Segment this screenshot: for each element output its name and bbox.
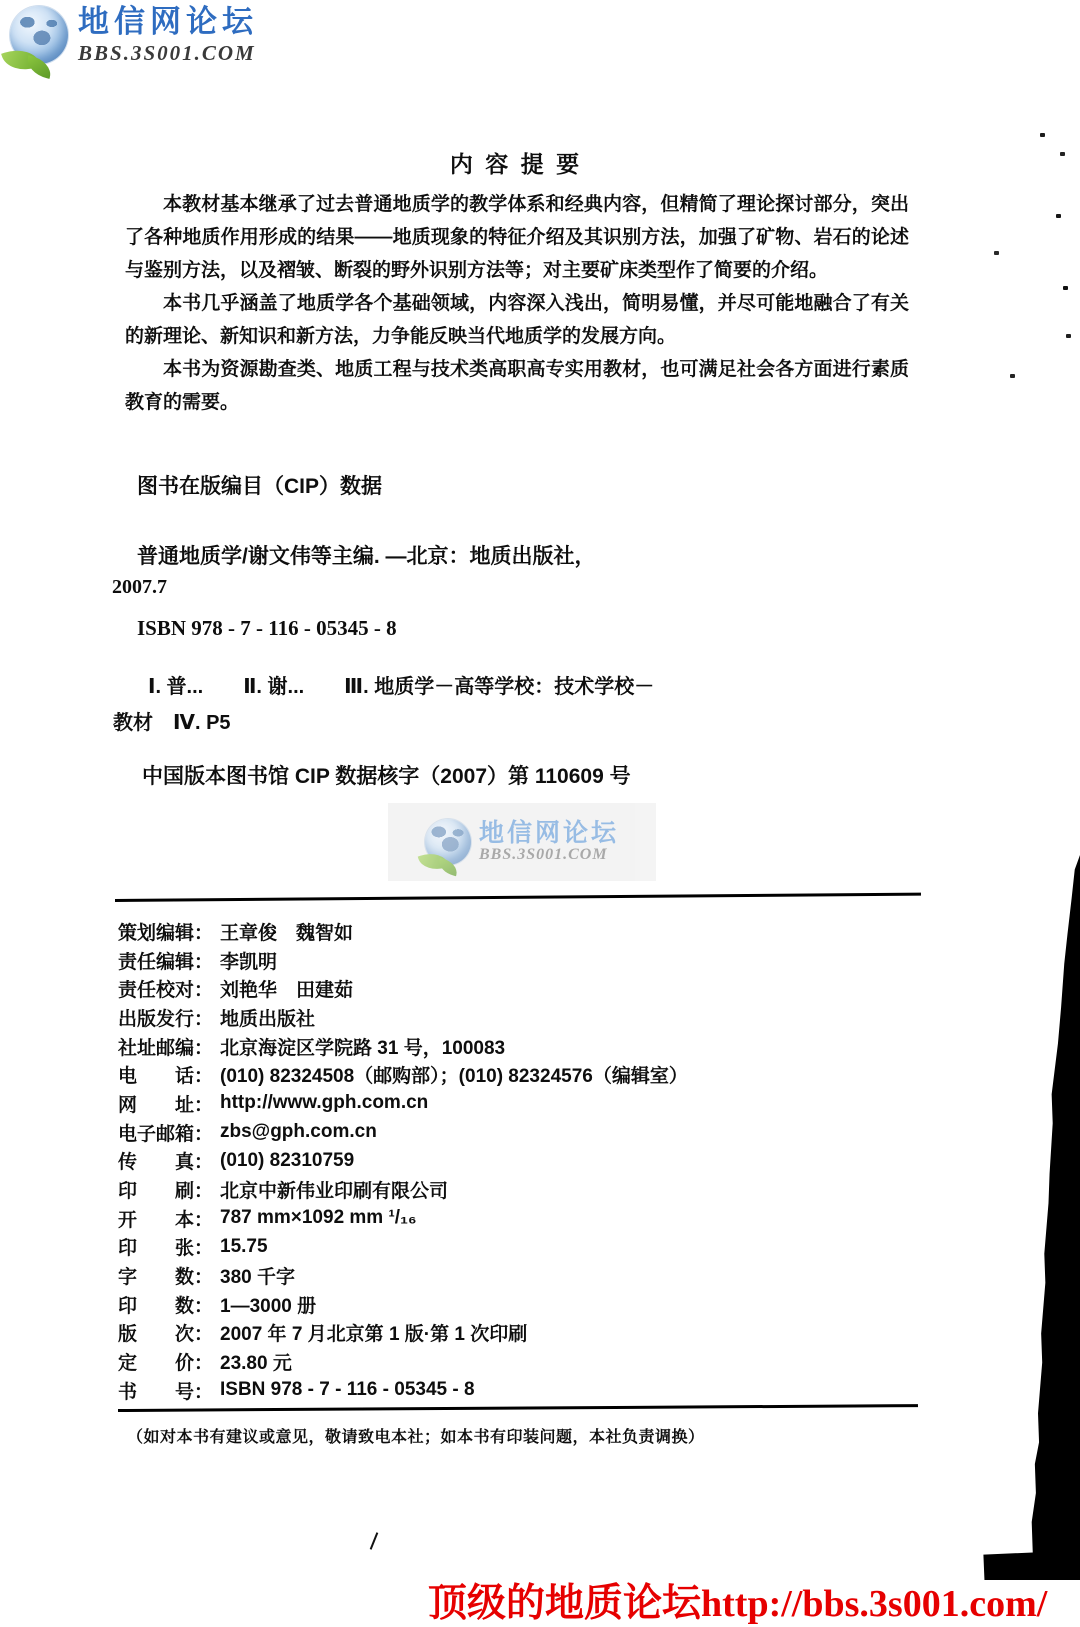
- watermark-logo: 地信网论坛 BBS.3S001.COM: [388, 803, 656, 881]
- cip-year-line: 2007.7: [112, 576, 167, 599]
- scan-artifact-band: [975, 855, 1080, 1580]
- colophon-row: 网 址：http://www.gph.com.cn: [118, 1089, 688, 1118]
- cip-classification-line1: Ⅰ. 普... Ⅱ. 谢... Ⅲ. 地质学－高等学校：技术学校－: [148, 670, 654, 699]
- colophon-label: 网 址：: [118, 1090, 220, 1117]
- watermark-title: 地信网论坛: [479, 820, 619, 846]
- colophon-label: 定 价：: [118, 1348, 220, 1375]
- globe-icon: [425, 819, 471, 865]
- colophon-value: 王章俊 魏智如: [220, 918, 353, 945]
- colophon-row: 字 数：380 千字: [118, 1261, 688, 1290]
- colophon-label: 开 本：: [118, 1205, 220, 1232]
- colophon-value: 2007 年 7 月北京第 1 版·第 1 次印刷: [220, 1319, 527, 1346]
- watermark-subtitle: BBS.3S001.COM: [479, 846, 619, 864]
- colophon-label: 电 话：: [118, 1061, 220, 1088]
- colophon-label: 印 刷：: [118, 1176, 220, 1203]
- summary-paragraph: 本教材基本继承了过去普通地质学的教学体系和经典内容，但精简了理论探讨部分，突出了…: [125, 188, 909, 287]
- colophon-row: 印 数：1—3000 册: [118, 1290, 688, 1319]
- colophon-row: 责任校对：刘艳华 田建茹: [118, 974, 688, 1003]
- colophon-value: 787 mm×1092 mm ¹/₁₆: [220, 1207, 417, 1229]
- colophon-row: 责任编辑：李凯明: [118, 946, 688, 975]
- colophon-label: 社址邮编：: [118, 1033, 220, 1060]
- logo-title: 地信网论坛: [78, 6, 258, 39]
- colophon-value: 北京海淀区学院路 31 号，100083: [220, 1033, 505, 1060]
- logo-subtitle: BBS.3S001.COM: [78, 41, 258, 66]
- colophon-value: zbs@gph.com.cn: [220, 1121, 377, 1143]
- colophon-row: 社址邮编：北京海淀区学院路 31 号，100083: [118, 1032, 688, 1061]
- divider-top: [115, 893, 921, 902]
- colophon-value: 1—3000 册: [220, 1291, 316, 1318]
- content-summary-body: 本教材基本继承了过去普通地质学的教学体系和经典内容，但精简了理论探讨部分，突出了…: [125, 188, 909, 419]
- colophon-value: 23.80 元: [220, 1348, 292, 1375]
- colophon-row: 开 本：787 mm×1092 mm ¹/₁₆: [118, 1204, 688, 1233]
- cip-isbn-line: ISBN 978 - 7 - 116 - 05345 - 8: [137, 616, 397, 641]
- footer-text: 顶级的地质论坛: [428, 1582, 701, 1625]
- colophon-value: 15.75: [220, 1236, 268, 1258]
- watermark-text: 地信网论坛 BBS.3S001.COM: [479, 820, 619, 864]
- colophon-label: 版 次：: [118, 1319, 220, 1346]
- scan-noise: [1040, 133, 1045, 137]
- colophon-value: http://www.gph.com.cn: [220, 1092, 428, 1114]
- colophon-label: 字 数：: [118, 1262, 220, 1289]
- colophon-row: 传 真：(010) 82310759: [118, 1147, 688, 1176]
- colophon-label: 策划编辑：: [118, 918, 220, 945]
- colophon-row: 定 价：23.80 元: [118, 1347, 688, 1376]
- cip-heading: 图书在版编目（CIP）数据: [137, 470, 382, 500]
- colophon-row: 电 话：(010) 82324508（邮购部）；(010) 82324576（编…: [118, 1060, 688, 1089]
- cip-record-number: 中国版本图书馆 CIP 数据核字（2007）第 110609 号: [142, 760, 631, 790]
- globe-icon: [10, 6, 68, 64]
- logo-text: 地信网论坛 BBS.3S001.COM: [78, 6, 258, 66]
- colophon-value: 380 千字: [220, 1262, 295, 1289]
- colophon-label: 电子邮箱：: [118, 1119, 220, 1146]
- site-logo: 地信网论坛 BBS.3S001.COM: [10, 6, 258, 66]
- summary-paragraph: 本书为资源勘查类、地质工程与技术类高职高专实用教材，也可满足社会各方面进行素质教…: [125, 353, 909, 419]
- summary-paragraph: 本书几乎涵盖了地质学各个基础领域，内容深入浅出，简明易懂，并尽可能地融合了有关的…: [125, 287, 909, 353]
- colophon-value: 北京中新伟业印刷有限公司: [220, 1176, 448, 1203]
- colophon-value: 刘艳华 田建茹: [220, 975, 353, 1002]
- colophon-label: 印 张：: [118, 1233, 220, 1260]
- colophon-row: 电子邮箱：zbs@gph.com.cn: [118, 1118, 688, 1147]
- leaf-icon: [437, 858, 460, 876]
- colophon-label: 印 数：: [118, 1291, 220, 1318]
- colophon-value: 李凯明: [220, 947, 277, 974]
- colophon-value: (010) 82310759: [220, 1150, 354, 1172]
- colophon-row: 版 次：2007 年 7 月北京第 1 版·第 1 次印刷: [118, 1319, 688, 1348]
- publisher-note: （如对本书有建议或意见，敬请致电本社；如本书有印装问题，本社负责调换）: [127, 1424, 705, 1447]
- colophon-label: 责任校对：: [118, 975, 220, 1002]
- colophon-row: 策划编辑：王章俊 魏智如: [118, 917, 688, 946]
- footer-url: http://bbs.3s001.com/: [701, 1583, 1047, 1625]
- scan-noise: [370, 1532, 379, 1549]
- colophon-row: 书 号：ISBN 978 - 7 - 116 - 05345 - 8: [118, 1376, 688, 1405]
- colophon-label: 责任编辑：: [118, 947, 220, 974]
- colophon-label: 书 号：: [118, 1377, 220, 1404]
- divider-bottom: [118, 1404, 918, 1412]
- footer-forum-banner: 顶级的地质论坛http://bbs.3s001.com/: [428, 1572, 1047, 1627]
- colophon-value: 地质出版社: [220, 1004, 315, 1031]
- colophon-row: 印 张：15.75: [118, 1233, 688, 1262]
- colophon-list: 策划编辑：王章俊 魏智如 责任编辑：李凯明 责任校对：刘艳华 田建茹 出版发行：…: [118, 917, 688, 1405]
- content-summary-heading: 内 容 提 要: [125, 146, 907, 179]
- colophon-label: 传 真：: [118, 1147, 220, 1174]
- colophon-value: (010) 82324508（邮购部）；(010) 82324576（编辑室）: [220, 1061, 688, 1088]
- colophon-value: ISBN 978 - 7 - 116 - 05345 - 8: [220, 1379, 475, 1401]
- scanned-book-page: 地信网论坛 BBS.3S001.COM 内 容 提 要 本教材基本继承了过去普通…: [0, 0, 1080, 1627]
- colophon-row: 印 刷：北京中新伟业印刷有限公司: [118, 1175, 688, 1204]
- cip-classification-line2: 教材 Ⅳ. P5: [113, 706, 231, 735]
- cip-title-line: 普通地质学/谢文伟等主编. —北京：地质出版社，: [137, 540, 596, 570]
- colophon-row: 出版发行：地质出版社: [118, 1003, 688, 1032]
- colophon-label: 出版发行：: [118, 1004, 220, 1031]
